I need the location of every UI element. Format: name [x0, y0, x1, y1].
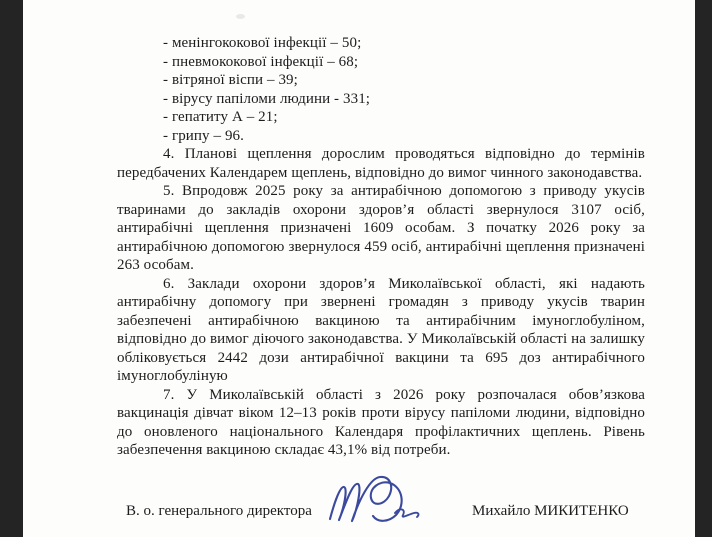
list-item: - вірусу папіломи людини - 331; [117, 90, 645, 109]
signatory-name: Михайло МИКИТЕНКО [472, 503, 629, 520]
list-item: - гепатиту А – 21; [117, 108, 645, 127]
scan-artifact [236, 14, 245, 19]
infection-count-list: - менінгококової інфекції – 50; - пневмо… [117, 34, 645, 145]
list-item: - грипу – 96. [117, 127, 645, 146]
document-viewer: - менінгококової інфекції – 50; - пневмо… [0, 0, 712, 537]
paragraph: 5. Впродовж 2025 року за антирабічною до… [117, 182, 645, 275]
document-page: - менінгококової інфекції – 50; - пневмо… [23, 0, 695, 537]
paragraph: 6. Заклади охорони здоров’я Миколаївсько… [117, 275, 645, 386]
signature-stroke-main [330, 477, 402, 521]
signatory-title: В. о. генерального директора [126, 503, 312, 520]
paragraph: 4. Планові щеплення дорослим проводяться… [117, 145, 645, 182]
signature-ink [323, 472, 458, 532]
document-body: - менінгококової інфекції – 50; - пневмо… [117, 34, 645, 460]
list-item: - вітряної віспи – 39; [117, 71, 645, 90]
paragraph: 7. У Миколаївській області з 2026 року р… [117, 386, 645, 460]
numbered-paragraphs: 4. Планові щеплення дорослим проводяться… [117, 145, 645, 460]
list-item: - менінгококової інфекції – 50; [117, 34, 645, 53]
list-item: - пневмококової інфекції – 68; [117, 53, 645, 72]
